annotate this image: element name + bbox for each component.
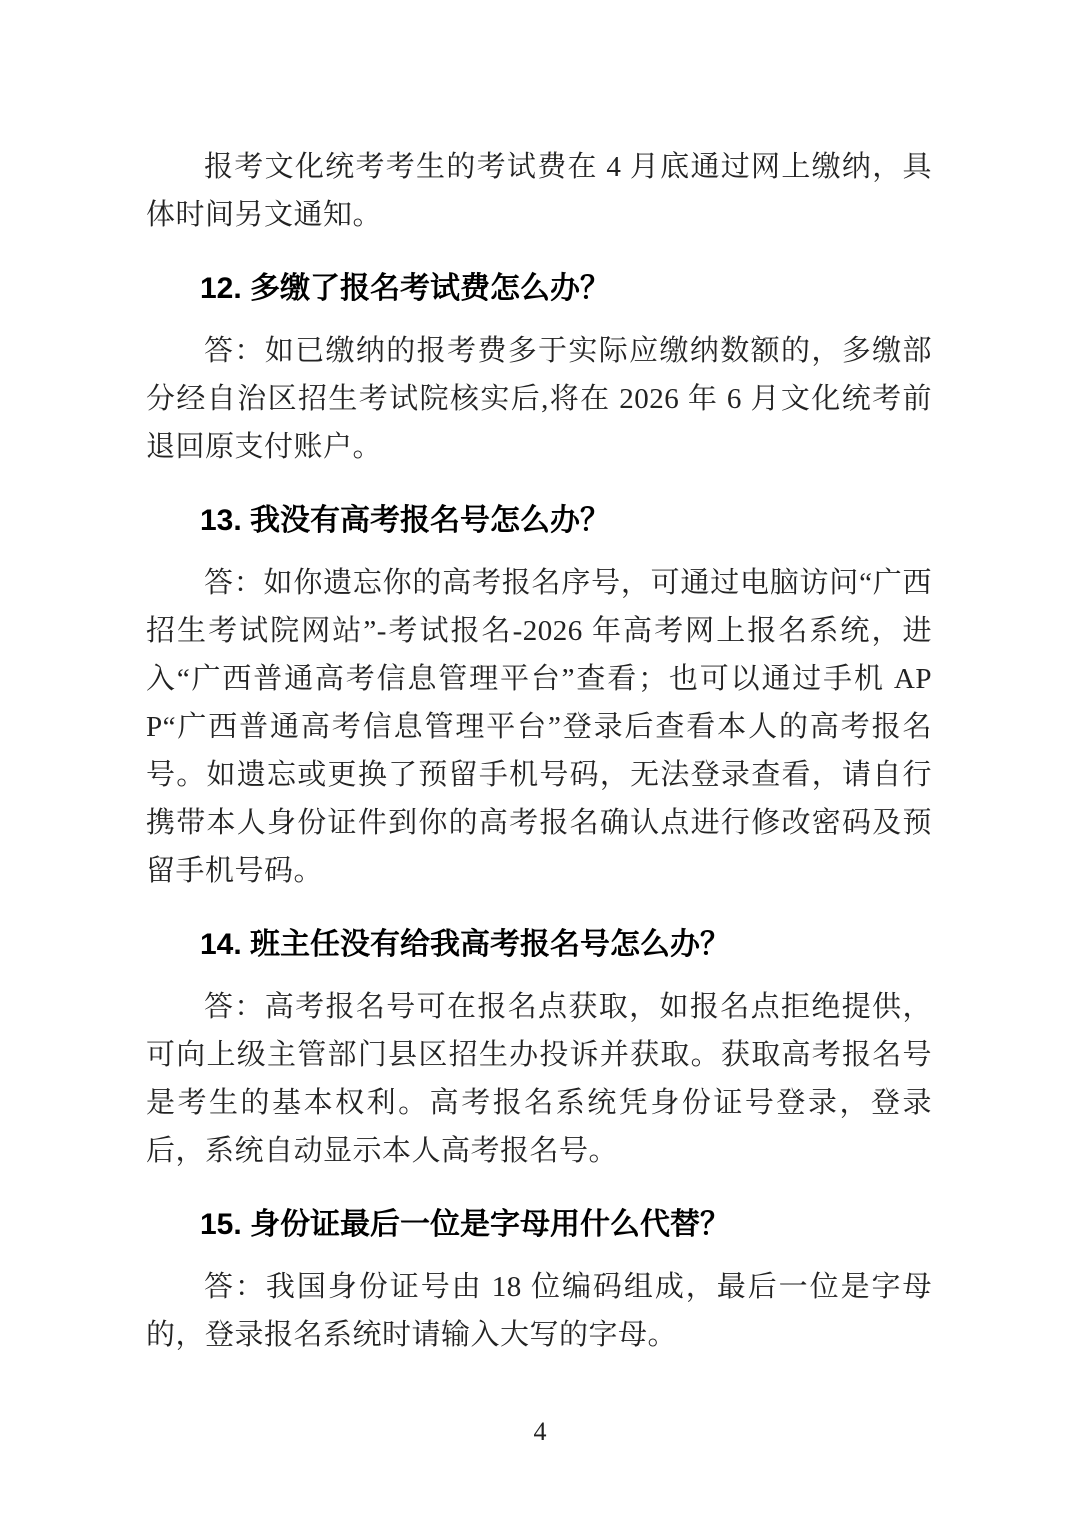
question-heading-15: 15. 身份证最后一位是字母用什么代替？ [146,1201,932,1249]
document-page: 报考文化统考考生的考试费在 4 月底通过网上缴纳，具体时间另文通知。 12. 多… [0,0,1080,1527]
answer-paragraph-12: 答：如已缴纳的报考费多于实际应缴纳数额的，多缴部分经自治区招生考试院核实后,将在… [146,327,932,471]
question-heading-14: 14. 班主任没有给我高考报名号怎么办？ [146,921,932,969]
question-heading-13: 13. 我没有高考报名号怎么办？ [146,497,932,545]
continued-paragraph: 报考文化统考考生的考试费在 4 月底通过网上缴纳，具体时间另文通知。 [146,143,932,239]
answer-paragraph-13: 答：如你遗忘你的高考报名序号，可通过电脑访问“广西招生考试院网站”-考试报名-2… [146,559,932,895]
question-heading-12: 12. 多缴了报名考试费怎么办？ [146,265,932,313]
answer-paragraph-15: 答：我国身份证号由 18 位编码组成，最后一位是字母的，登录报名系统时请输入大写… [146,1263,932,1359]
page-number: 4 [0,1415,1080,1449]
answer-paragraph-14: 答：高考报名号可在报名点获取，如报名点拒绝提供，可向上级主管部门县区招生办投诉并… [146,983,932,1175]
